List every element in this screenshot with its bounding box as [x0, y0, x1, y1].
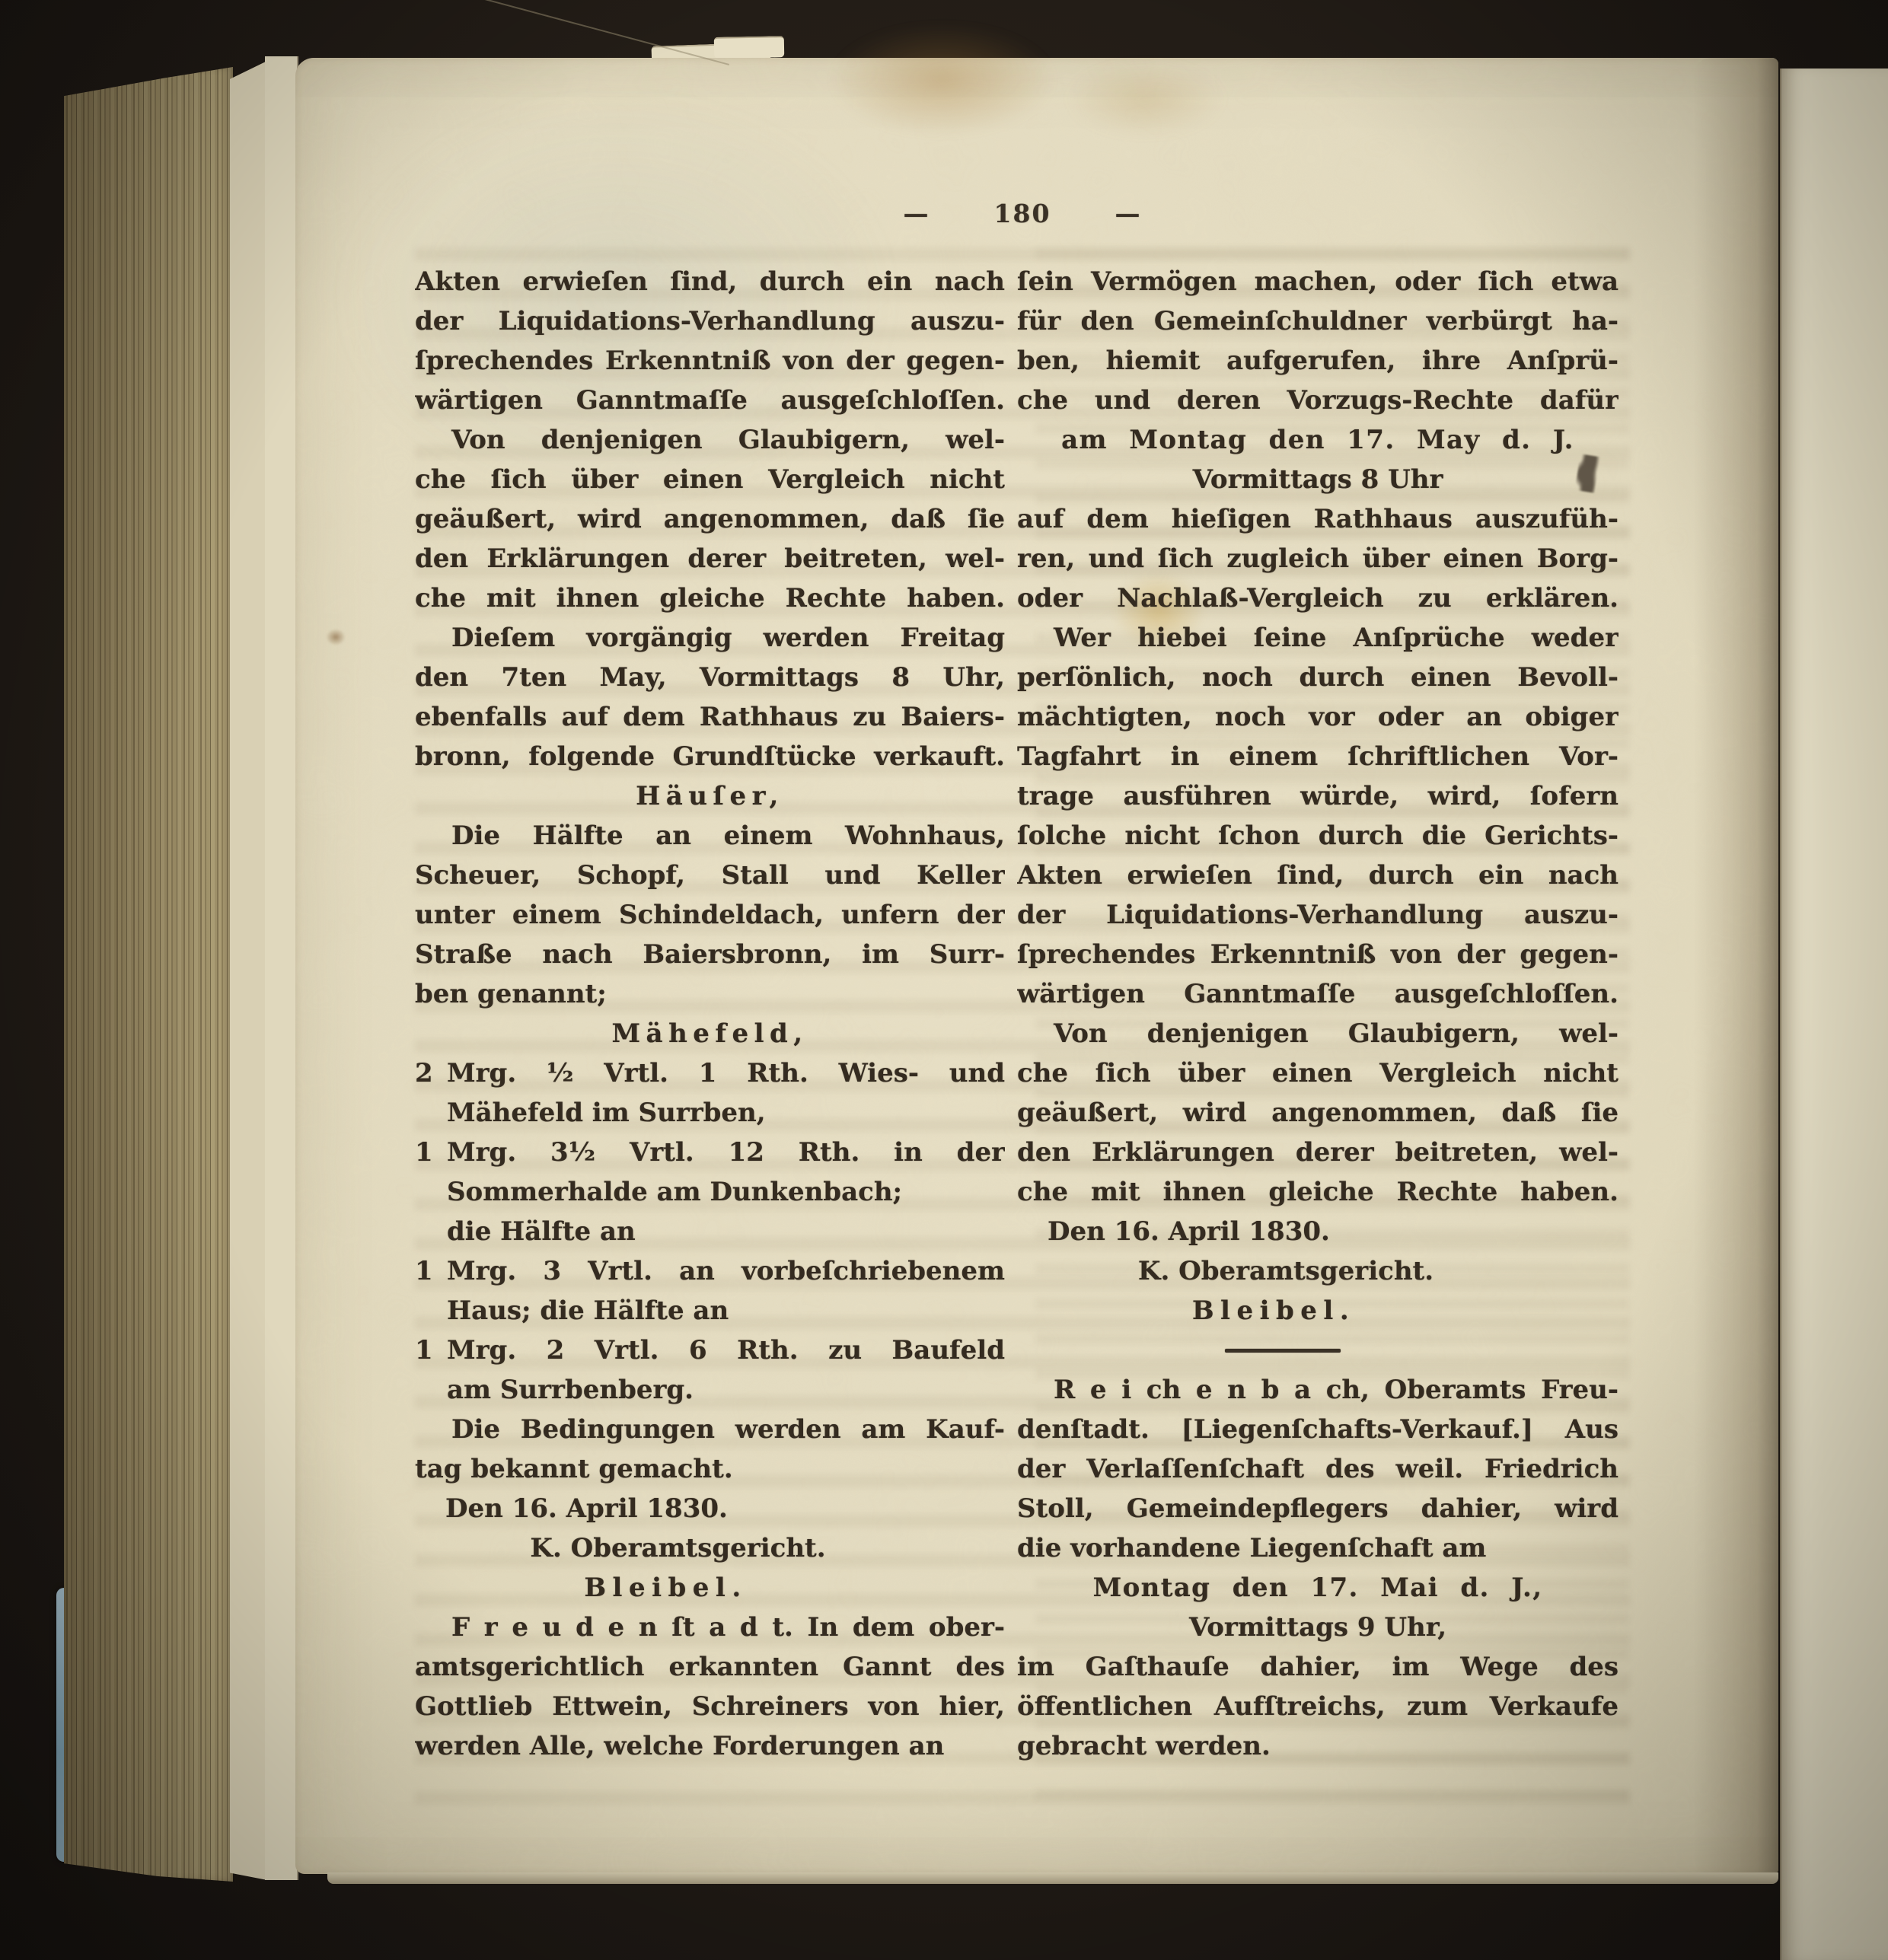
text-line: tag bekannt gemacht.: [415, 1449, 1005, 1489]
page-text-block: — 180 — Akten erwieſen ſind, durch ein n…: [415, 192, 1630, 1766]
text-line: 1Mrg. 3½ Vrtl. 12 Rth. in der: [415, 1133, 1005, 1172]
text-line: Die Bedingungen werden am Kauf-: [415, 1410, 1005, 1449]
text-line: Akten erwieſen ſind, durch ein nach: [415, 262, 1005, 301]
text-line: Tagfahrt in einem ſchriftlichen Vor-: [1017, 737, 1619, 776]
text-line: der Liquidations-Verhandlung auszu-: [415, 301, 1005, 341]
text-line: trage ausführen würde, wird, ſofern: [1017, 776, 1619, 816]
text-line: Montag den 17. Mai d. J.,: [1017, 1568, 1619, 1608]
text-line: Häuſer,: [415, 776, 1005, 816]
text-line: im Gaſthauſe dahier, im Wege des: [1017, 1647, 1619, 1687]
text-line: che und deren Vorzugs-Rechte dafür: [1017, 381, 1619, 420]
text-line: Mähefeld,: [415, 1014, 1005, 1053]
facing-page-edge: [1780, 69, 1888, 1960]
page-number-dash: —: [1115, 199, 1141, 228]
text-line: Scheuer, Schopf, Stall und Keller: [415, 856, 1005, 895]
text-line: öffentlichen Aufſtreichs, zum Verkaufe: [1017, 1687, 1619, 1726]
text-line: Straße nach Baiersbronn, im Surr-: [415, 935, 1005, 974]
section-divider: [1017, 1331, 1619, 1370]
text-column-left: Akten erwieſen ſind, durch ein nachder L…: [415, 262, 1005, 1766]
text-line: Den 16. April 1830.: [415, 1489, 1005, 1528]
text-line: den Erklärungen derer beitreten, wel-: [1017, 1133, 1619, 1172]
text-line: che ſich über einen Vergleich nicht: [1017, 1053, 1619, 1093]
text-line: Akten erwieſen ſind, durch ein nach: [1017, 856, 1619, 895]
page-number-dash: —: [904, 199, 930, 228]
text-line: ben genannt;: [415, 974, 1005, 1014]
text-line: die vorhandene Liegenſchaft am: [1017, 1528, 1619, 1568]
text-line: ren, und ſich zugleich über einen Borg-: [1017, 539, 1619, 578]
text-line: mächtigten, noch vor oder an obiger: [1017, 697, 1619, 737]
text-line: che mit ihnen gleiche Rechte haben.: [1017, 1172, 1619, 1212]
text-line: amtsgerichtlich erkannten Gannt des: [415, 1647, 1005, 1687]
list-item-text: Mrg. ½ Vrtl. 1 Rth. Wies- und: [447, 1053, 1005, 1093]
text-line: auf dem hieſigen Rathhaus auszufüh-: [1017, 499, 1619, 539]
text-line: ſprechendes Erkenntniß von der gegen-: [1017, 935, 1619, 974]
text-line: am Surrbenberg.: [415, 1370, 1005, 1410]
list-item-text: Mrg. 3½ Vrtl. 12 Rth. in der: [447, 1133, 1005, 1172]
list-item-number: 1: [415, 1251, 447, 1291]
text-line: für den Gemeinſchuldner verbürgt ha-: [1017, 301, 1619, 341]
text-line: Den 16. April 1830.: [1017, 1212, 1619, 1251]
text-line: ben, hiemit aufgerufen, ihre Anſprü-: [1017, 341, 1619, 381]
text-line: R e i ch e n b a ch, Oberamts Freu-: [1017, 1370, 1619, 1410]
text-line: F r e u d e n ſt a d t. In dem ober-: [415, 1608, 1005, 1647]
list-item-text: Mrg. 3 Vrtl. an vorbeſchriebenem: [447, 1251, 1005, 1291]
underlying-sheet-corner: [714, 36, 784, 59]
text-line: bronn, folgende Grundſtücke verkauft.: [415, 737, 1005, 776]
text-line: Von denjenigen Glaubigern, wel-: [1017, 1014, 1619, 1053]
list-item-text: Mrg. 2 Vrtl. 6 Rth. zu Baufeld: [447, 1331, 1005, 1370]
text-line: der Liquidations-Verhandlung auszu-: [1017, 895, 1619, 935]
text-line: Haus; die Hälfte an: [415, 1291, 1005, 1331]
text-line: die Hälfte an: [415, 1212, 1005, 1251]
text-line: wärtigen Ganntmaſſe ausgeſchloſſen.: [415, 381, 1005, 420]
text-line: K. Oberamtsgericht.: [415, 1528, 1005, 1568]
text-line: che ſich über einen Vergleich nicht: [415, 460, 1005, 499]
text-line: 2Mrg. ½ Vrtl. 1 Rth. Wies- und: [415, 1053, 1005, 1093]
text-line: K. Oberamtsgericht.: [1017, 1251, 1619, 1291]
text-line: 1Mrg. 3 Vrtl. an vorbeſchriebenem: [415, 1251, 1005, 1291]
text-line: Gottlieb Ettwein, Schreiners von hier,: [415, 1687, 1005, 1726]
text-line: Bleibel.: [1017, 1291, 1619, 1331]
text-line: perſönlich, noch durch einen Bevoll-: [1017, 658, 1619, 697]
text-line: Sommerhalde am Dunkenbach;: [415, 1172, 1005, 1212]
list-item-number: 2: [415, 1053, 447, 1093]
bottom-sheet-edges: [327, 1872, 1778, 1884]
text-line: der Verlaſſenſchaft des weil. Friedrich: [1017, 1449, 1619, 1489]
text-line: che mit ihnen gleiche Rechte haben.: [415, 578, 1005, 618]
text-line: gebracht werden.: [1017, 1726, 1619, 1766]
text-line: ſprechendes Erkenntniß von der gegen-: [415, 341, 1005, 381]
divider-bar: [1225, 1349, 1341, 1353]
text-line: wärtigen Ganntmaſſe ausgeſchloſſen.: [1017, 974, 1619, 1014]
text-line: den 7ten May, Vormittags 8 Uhr,: [415, 658, 1005, 697]
text-line: Die Hälfte an einem Wohnhaus,: [415, 816, 1005, 856]
list-item-number: 1: [415, 1331, 447, 1370]
text-column-right: ſein Vermögen machen, oder ſich etwafür …: [1017, 262, 1619, 1766]
text-line: Dieſem vorgängig werden Freitag: [415, 618, 1005, 658]
underlying-sheet-edge: [230, 61, 267, 1880]
book-scan-photo: { "colors": { "background": "#221c16", "…: [0, 0, 1888, 1960]
text-line: oder Nachlaß-Vergleich zu erklären.: [1017, 578, 1619, 618]
text-line: Vormittags 8 Uhr: [1017, 460, 1619, 499]
text-line: Von denjenigen Glaubigern, wel-: [415, 420, 1005, 460]
text-line: ſein Vermögen machen, oder ſich etwa: [1017, 262, 1619, 301]
text-line: denſtadt. [Liegenſchafts-Verkauf.] Aus: [1017, 1410, 1619, 1449]
text-line: ſolche nicht ſchon durch die Gerichts-: [1017, 816, 1619, 856]
text-line: unter einem Schindeldach, unfern der: [415, 895, 1005, 935]
text-line: Stoll, Gemeindepflegers dahier, wird: [1017, 1489, 1619, 1528]
text-line: geäußert, wird angenommen, daß ſie: [1017, 1093, 1619, 1133]
text-line: den Erklärungen derer beitreten, wel-: [415, 539, 1005, 578]
page-gutter-fold-shadow: [1693, 58, 1778, 1874]
text-line: werden Alle, welche Forderungen an: [415, 1726, 1005, 1766]
text-line: Mähefeld im Surrben,: [415, 1093, 1005, 1133]
two-column-layout: Akten erwieſen ſind, durch ein nachder L…: [415, 262, 1630, 1766]
book-fore-edge-pages: [64, 67, 233, 1882]
list-item-number: 1: [415, 1133, 447, 1172]
text-line: Wer hiebei ſeine Anſprüche weder: [1017, 618, 1619, 658]
text-line: ebenfalls auf dem Rathhaus zu Baiers-: [415, 697, 1005, 737]
text-line: 1Mrg. 2 Vrtl. 6 Rth. zu Baufeld: [415, 1331, 1005, 1370]
underlying-sheet-edge: [265, 56, 298, 1880]
text-line: geäußert, wird angenommen, daß ſie: [415, 499, 1005, 539]
text-line: am Montag den 17. May d. J.: [1017, 420, 1619, 460]
text-line: Bleibel.: [415, 1568, 1005, 1608]
text-line: Vormittags 9 Uhr,: [1017, 1608, 1619, 1647]
page-number: — 180 —: [415, 192, 1630, 234]
page-number-value: 180: [994, 199, 1051, 228]
